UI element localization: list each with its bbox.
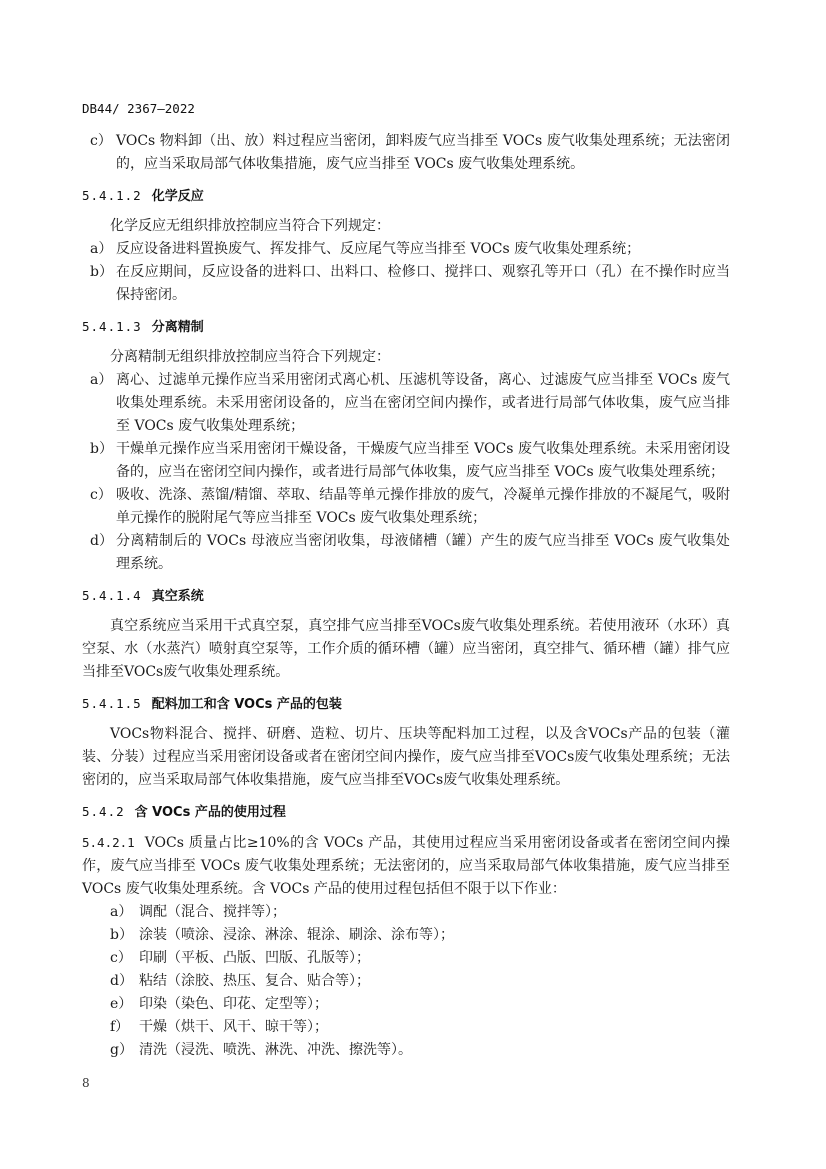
clause-number: 5.4.2.1 [82,835,135,850]
clause-5421: 5.4.2.1VOCs 质量占比≥10%的含 VOCs 产品，其使用过程应当采用… [82,831,730,901]
list-label: c） [82,130,116,176]
list-item: a） 调配（混合、搅拌等）； [82,901,730,924]
list-item: a） 离心、过滤单元操作应当采用密闭式离心机、压滤机等设备，离心、过滤废气应当排… [82,369,730,438]
list-text: 分离精制后的 VOCs 母液应当密闭收集，母液储槽（罐）产生的废气应当排至 VO… [116,530,730,576]
operations-list: a） 调配（混合、搅拌等）； b） 涂装（喷涂、浸涂、淋涂、辊涂、刷涂、涂布等）… [82,901,730,1062]
list-item: b） 在反应期间，反应设备的进料口、出料口、检修口、搅拌口、观察孔等开口（孔）在… [82,261,730,307]
section-paragraph: VOCs物料混合、搅拌、研磨、造粒、切片、压块等配料加工过程，以及含VOCs产品… [82,723,730,792]
section-number: 5.4.1.4 [82,588,142,603]
document-id-header: DB44/ 2367—2022 [82,101,195,116]
list-item: d） 粘结（涂胶、热压、复合、贴合等）； [82,970,730,993]
list-text: 调配（混合、搅拌等）； [139,901,730,924]
list-item-continued-c: c） VOCs 物料卸（出、放）料过程应当密闭，卸料废气应当排至 VOCs 废气… [82,130,730,176]
section-title: 分离精制 [152,320,204,335]
list-text: 粘结（涂胶、热压、复合、贴合等）； [139,970,730,993]
page-number: 8 [82,1076,90,1090]
list-text: 吸收、洗涤、蒸馏/精馏、萃取、结晶等单元操作排放的废气，冷凝单元操作排放的不凝尾… [116,484,730,530]
list-label: g） [82,1039,139,1062]
list-item: f） 干燥（烘干、风干、晾干等）； [82,1016,730,1039]
list-text: 反应设备进料置换废气、挥发排气、反应尾气等应当排至 VOCs 废气收集处理系统； [116,238,730,261]
list-item: a） 反应设备进料置换废气、挥发排气、反应尾气等应当排至 VOCs 废气收集处理… [82,238,730,261]
section-number: 5.4.1.2 [82,188,142,203]
list-label: c） [82,947,139,970]
section-title: 含 VOCs 产品的使用过程 [135,805,286,820]
section-number: 5.4.1.5 [82,696,142,711]
section-heading-5412: 5.4.1.2化学反应 [82,186,730,207]
list-label: b） [82,924,139,947]
list-text: 干燥（烘干、风干、晾干等）； [139,1016,730,1039]
list-item: e） 印染（染色、印花、定型等）； [82,993,730,1016]
list-label: f） [82,1016,139,1039]
list-text: 印染（染色、印花、定型等）； [139,993,730,1016]
section-heading-5413: 5.4.1.3分离精制 [82,317,730,338]
list-text: 干燥单元操作应当采用密闭干燥设备，干燥废气应当排至 VOCs 废气收集处理系统。… [116,438,730,484]
section-heading-542: 5.4.2含 VOCs 产品的使用过程 [82,802,730,823]
section-title: 配料加工和含 VOCs 产品的包装 [152,697,342,712]
list-label: b） [82,438,116,484]
list-label: d） [82,970,139,993]
section-number: 5.4.2 [82,804,125,819]
list-label: a） [82,238,116,261]
list-label: c） [82,484,116,530]
section-title: 化学反应 [152,189,204,204]
list-label: a） [82,369,116,438]
list-item: d） 分离精制后的 VOCs 母液应当密闭收集，母液储槽（罐）产生的废气应当排至… [82,530,730,576]
list-item: c） 吸收、洗涤、蒸馏/精馏、萃取、结晶等单元操作排放的废气，冷凝单元操作排放的… [82,484,730,530]
section-title: 真空系统 [152,589,204,604]
list-text: 在反应期间，反应设备的进料口、出料口、检修口、搅拌口、观察孔等开口（孔）在不操作… [116,261,730,307]
clause-text: VOCs 质量占比≥10%的含 VOCs 产品，其使用过程应当采用密闭设备或者在… [82,835,730,897]
list-text: 印刷（平板、凸版、凹版、孔版等）； [139,947,730,970]
list-label: d） [82,530,116,576]
list-item: g） 清洗（浸洗、喷洗、淋洗、冲洗、擦洗等）。 [82,1039,730,1062]
list-label: a） [82,901,139,924]
list-item: c） 印刷（平板、凸版、凹版、孔版等）； [82,947,730,970]
list-label: b） [82,261,116,307]
section-heading-5414: 5.4.1.4真空系统 [82,586,730,607]
list-text: 涂装（喷涂、浸涂、淋涂、辊涂、刷涂、涂布等）； [139,924,730,947]
list-label: e） [82,993,139,1016]
list-text: VOCs 物料卸（出、放）料过程应当密闭，卸料废气应当排至 VOCs 废气收集处… [116,130,730,176]
section-paragraph: 真空系统应当采用干式真空泵，真空排气应当排至VOCs废气收集处理系统。若使用液环… [82,615,730,684]
section-number: 5.4.1.3 [82,319,142,334]
section-heading-5415: 5.4.1.5配料加工和含 VOCs 产品的包装 [82,694,730,715]
list-text: 离心、过滤单元操作应当采用密闭式离心机、压滤机等设备，离心、过滤废气应当排至 V… [116,369,730,438]
list-item: b） 干燥单元操作应当采用密闭干燥设备，干燥废气应当排至 VOCs 废气收集处理… [82,438,730,484]
list-item: b） 涂装（喷涂、浸涂、淋涂、辊涂、刷涂、涂布等）； [82,924,730,947]
page-body: c） VOCs 物料卸（出、放）料过程应当密闭，卸料废气应当排至 VOCs 废气… [82,130,730,1062]
list-text: 清洗（浸洗、喷洗、淋洗、冲洗、擦洗等）。 [139,1039,730,1062]
section-intro: 化学反应无组织排放控制应当符合下列规定： [82,215,730,238]
section-intro: 分离精制无组织排放控制应当符合下列规定： [82,346,730,369]
